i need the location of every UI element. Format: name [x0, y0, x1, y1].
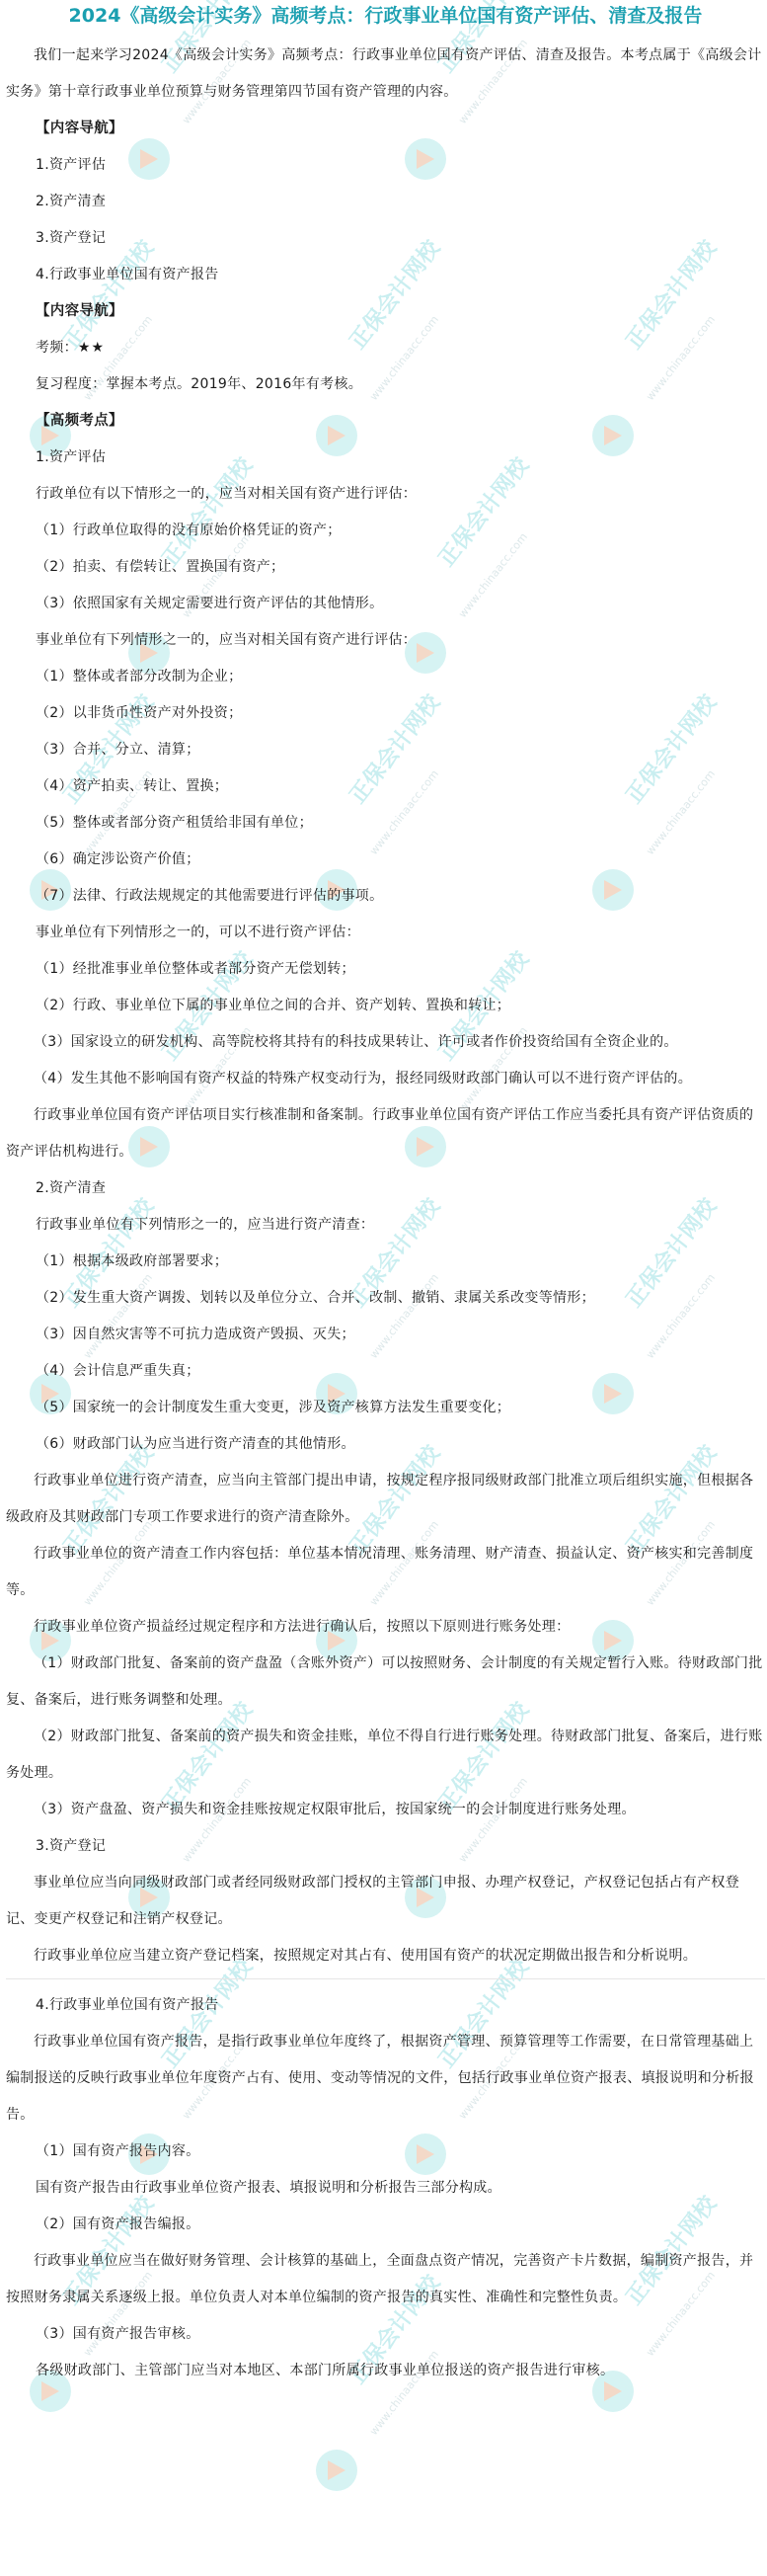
subsection-title-registration: 3.资产登记: [6, 1828, 765, 1865]
exempt-intro: 事业单位有下列情形之一的，可以不进行资产评估：: [6, 915, 765, 951]
list-item: （2）发生重大资产调拨、划转以及单位分立、合并、改制、撤销、隶属关系改变等情形；: [6, 1280, 765, 1317]
list-item: （1）整体或者部分改制为企业；: [6, 659, 765, 695]
list-item: （2）拍卖、有偿转让、置换国有资产；: [6, 549, 765, 586]
list-item: （2）财政部门批复、备案前的资产损失和资金挂账，单位不得自行进行账务处理。待财政…: [6, 1719, 765, 1792]
report-content-title: （1）国有资产报告内容。: [6, 2133, 765, 2170]
star-rating-icon: ★★: [78, 340, 105, 356]
report-review-body: 各级财政部门、主管部门应当对本地区、本部门所属行政事业单位报送的资产报告进行审核…: [6, 2353, 765, 2389]
brand-logo-icon: [316, 2450, 357, 2491]
report-compile-body: 行政事业单位应当在做好财务管理、会计核算的基础上，全面盘点资产情况，完善资产卡片…: [6, 2243, 765, 2316]
list-item: （5）整体或者部分资产租赁给非国有单位；: [6, 805, 765, 842]
subsection-title-report: 4.行政事业单位国有资产报告: [6, 1987, 765, 2024]
inventory-paragraph: 行政事业单位的资产清查工作内容包括：单位基本情况清理、账务清理、财产清查、损益认…: [6, 1536, 765, 1609]
registration-paragraph: 行政事业单位应当建立资产登记档案，按照规定对其占有、使用国有资产的状况定期做出报…: [6, 1938, 765, 1974]
report-review-title: （3）国有资产报告审核。: [6, 2316, 765, 2353]
list-item: （1）经批准事业单位整体或者部分资产无偿划转；: [6, 951, 765, 988]
list-item: （3）因自然灾害等不可抗力造成资产毁损、灭失；: [6, 1317, 765, 1353]
page-title: 2024《高级会计实务》高频考点：行政事业单位国有资产评估、清查及报告: [6, 0, 765, 28]
list-item: （5）国家统一的会计制度发生重大变更，涉及资产核算方法发生重要变化；: [6, 1390, 765, 1426]
inventory-paragraph: 行政事业单位进行资产清查，应当向主管部门提出申请，按规定程序报同级财政部门批准立…: [6, 1463, 765, 1536]
inst-eval-intro: 事业单位有下列情形之一的，应当对相关国有资产进行评估：: [6, 622, 765, 659]
list-item: （4）发生其他不影响国有资产权益的特殊产权变动行为，报经同级财政部门确认可以不进…: [6, 1061, 765, 1097]
report-paragraph: 行政事业单位国有资产报告，是指行政事业单位年度终了，根据资产管理、预算管理等工作…: [6, 2024, 765, 2133]
list-item: （3）资产盘盈、资产损失和资金挂账按规定权限审批后，按国家统一的会计制度进行账务…: [6, 1792, 765, 1828]
list-item: （2）行政、事业单位下属的事业单位之间的合并、资产划转、置换和转让；: [6, 988, 765, 1024]
subsection-title-evaluation: 1.资产评估: [6, 440, 765, 476]
list-item: （3）国家设立的研发机构、高等院校将其持有的科技成果转让、许可或者作价投资给国有…: [6, 1024, 765, 1061]
report-content-body: 国有资产报告由行政事业单位资产报表、填报说明和分析报告三部分构成。: [6, 2170, 765, 2207]
nav-item-asset-evaluation: 1.资产评估: [6, 147, 765, 184]
review-level: 复习程度：掌握本考点。2019年、2016年有考核。: [6, 366, 765, 403]
list-item: （6）财政部门认为应当进行资产清查的其他情形。: [6, 1426, 765, 1463]
list-item: （6）确定涉讼资产价值；: [6, 842, 765, 878]
nav-item-asset-inventory: 2.资产清查: [6, 184, 765, 220]
exam-frequency: 考频：★★: [6, 330, 765, 366]
subsection-title-inventory: 2.资产清查: [6, 1170, 765, 1207]
divider: [6, 1978, 765, 1979]
list-item: （2）以非货币性资产对外投资；: [6, 695, 765, 732]
inventory-intro: 行政事业单位有下列情形之一的，应当进行资产清查：: [6, 1207, 765, 1244]
list-item: （1）根据本级政府部署要求；: [6, 1244, 765, 1280]
nav-item-asset-registration: 3.资产登记: [6, 220, 765, 257]
list-item: （7）法律、行政法规规定的其他需要进行评估的事项。: [6, 878, 765, 915]
admin-eval-intro: 行政单位有以下情形之一的，应当对相关国有资产进行评估：: [6, 476, 765, 513]
list-item: （1）财政部门批复、备案前的资产盘盈（含账外资产）可以按照财务、会计制度的有关规…: [6, 1646, 765, 1719]
registration-paragraph: 事业单位应当向同级财政部门或者经同级财政部门授权的主管部门申报、办理产权登记，产…: [6, 1865, 765, 1938]
section-heading-nav: 【内容导航】: [6, 111, 765, 147]
report-compile-title: （2）国有资产报告编报。: [6, 2207, 765, 2243]
list-item: （4）会计信息严重失真；: [6, 1353, 765, 1390]
section-heading-hot-points: 【高频考点】: [6, 403, 765, 440]
list-item: （3）合并、分立、清算；: [6, 732, 765, 768]
list-item: （4）资产拍卖、转让、置换；: [6, 768, 765, 805]
inventory-paragraph: 行政事业单位资产损益经过规定程序和方法进行确认后，按照以下原则进行账务处理：: [6, 1609, 765, 1646]
intro-paragraph: 我们一起来学习2024《高级会计实务》高频考点：行政事业单位国有资产评估、清查及…: [6, 38, 765, 111]
article: 2024《高级会计实务》高频考点：行政事业单位国有资产评估、清查及报告 我们一起…: [0, 0, 767, 2389]
exam-frequency-label: 考频：: [36, 340, 78, 356]
evaluation-closing: 行政事业单位国有资产评估项目实行核准制和备案制。行政事业单位国有资产评估工作应当…: [6, 1097, 765, 1170]
list-item: （1）行政单位取得的没有原始价格凭证的资产；: [6, 513, 765, 549]
section-heading-nav-2: 【内容导航】: [6, 293, 765, 330]
nav-item-asset-report: 4.行政事业单位国有资产报告: [6, 257, 765, 293]
list-item: （3）依照国家有关规定需要进行资产评估的其他情形。: [6, 586, 765, 622]
